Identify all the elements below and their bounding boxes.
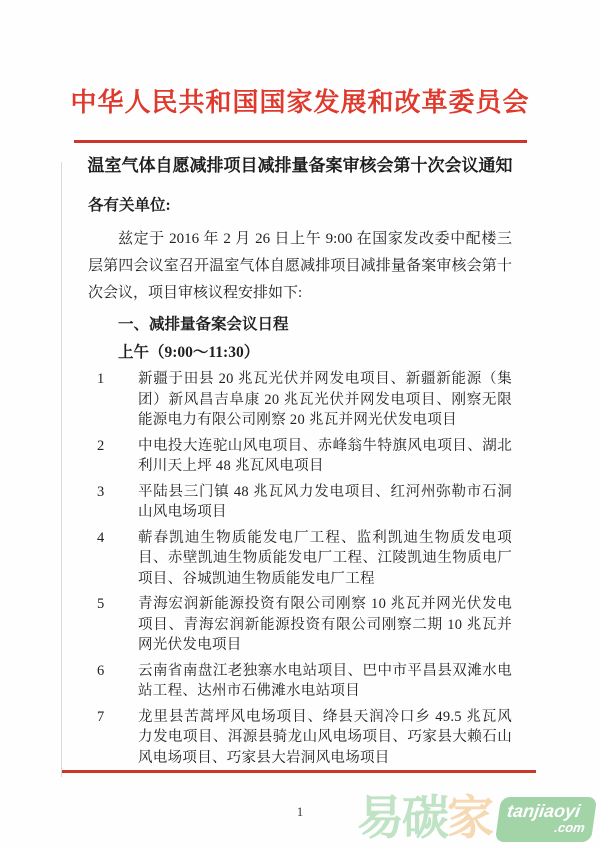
agenda-item-text: 蕲春凯迪生物质能发电厂工程、监利凯迪生物质发电项目、赤壁凯迪生物质能发电厂工程、… [138,528,512,590]
agenda-item-text: 青海宏润新能源投资有限公司刚察 10 兆瓦并网光伏发电项目、青海宏润新能源投资有… [138,594,512,656]
agenda-item-number: 6 [97,661,138,702]
agenda-item-number: 5 [97,594,138,656]
agenda-item: 7 龙里县苦蒿坪风电场项目、绛县天润冷口乡 49.5 兆瓦风力发电项目、洱源县骑… [88,707,512,769]
notice-title: 温室气体自愿减排项目减排量备案审核会第十次会议通知 [0,151,600,176]
agenda-list: 1 新疆于田县 20 兆瓦光伏并网发电项目、新疆新能源（集团）新风昌吉阜康 20… [88,369,512,768]
section-heading: 一、减排量备案会议日程 [88,315,512,335]
document-page: 中华人民共和国国家发展和改革委员会 温室气体自愿减排项目减排量备案审核会第十次会… [0,0,600,848]
agenda-item-number: 2 [97,436,138,477]
agenda-item-text: 龙里县苦蒿坪风电场项目、绛县天润冷口乡 49.5 兆瓦风力发电项目、洱源县骑龙山… [138,707,512,769]
watermark-brand-green: 易碳 [357,790,447,848]
agenda-item: 1 新疆于田县 20 兆瓦光伏并网发电项目、新疆新能源（集团）新风昌吉阜康 20… [88,369,512,431]
agenda-item-text: 新疆于田县 20 兆瓦光伏并网发电项目、新疆新能源（集团）新风昌吉阜康 20 兆… [138,369,512,431]
session-heading: 上午（9:00～11:30） [88,343,512,363]
header-red-rule [74,140,527,143]
footer-red-rule [62,770,536,773]
agenda-item: 2 中电投大连驼山风电项目、赤峰翁牛特旗风电项目、湖北利川天上坪 48 兆瓦风电… [88,436,512,477]
agenda-item-number: 7 [97,707,138,769]
salutation: 各有关单位: [88,196,512,216]
agenda-item-number: 1 [97,369,138,431]
agenda-item: 3 平陆县三门镇 48 兆瓦风力发电项目、红河州弥勒市石洞山风电场项目 [88,482,512,523]
agency-title: 中华人民共和国国家发展和改革委员会 [0,82,600,119]
scan-edge-artifact [61,162,62,777]
agenda-item-number: 3 [97,482,138,523]
agenda-item-text: 云南省南盘江老独寨水电站项目、巴中市平昌县双滩水电站工程、达州市石佛滩水电站项目 [138,661,512,702]
agenda-item-text: 中电投大连驼山风电项目、赤峰翁牛特旗风电项目、湖北利川天上坪 48 兆瓦风电项目 [138,436,512,477]
agenda-item: 6 云南省南盘江老独寨水电站项目、巴中市平昌县双滩水电站工程、达州市石佛滩水电站… [88,661,512,702]
intro-paragraph: 兹定于 2016 年 2 月 26 日上午 9:00 在国家发改委中配楼三层第四… [88,226,512,307]
watermark-brand-orange: 家 [447,790,492,848]
agenda-item-text: 平陆县三门镇 48 兆瓦风力发电项目、红河州弥勒市石洞山风电场项目 [138,482,512,523]
agenda-item: 5 青海宏润新能源投资有限公司刚察 10 兆瓦并网光伏发电项目、青海宏润新能源投… [88,594,512,656]
watermark-domain-tld: .com [504,821,586,835]
watermark-domain-name: tanjiaoyi [506,802,589,821]
agenda-item: 4 蕲春凯迪生物质能发电厂工程、监利凯迪生物质发电项目、赤壁凯迪生物质能发电厂工… [88,528,512,590]
agenda-item-number: 4 [97,528,138,590]
document-body: 各有关单位: 兹定于 2016 年 2 月 26 日上午 9:00 在国家发改委… [88,196,512,773]
watermark-domain-badge: tanjiaoyi .com [495,797,597,842]
tanjiaoyi-watermark: 易碳 家 tanjiaoyi .com [357,790,594,848]
